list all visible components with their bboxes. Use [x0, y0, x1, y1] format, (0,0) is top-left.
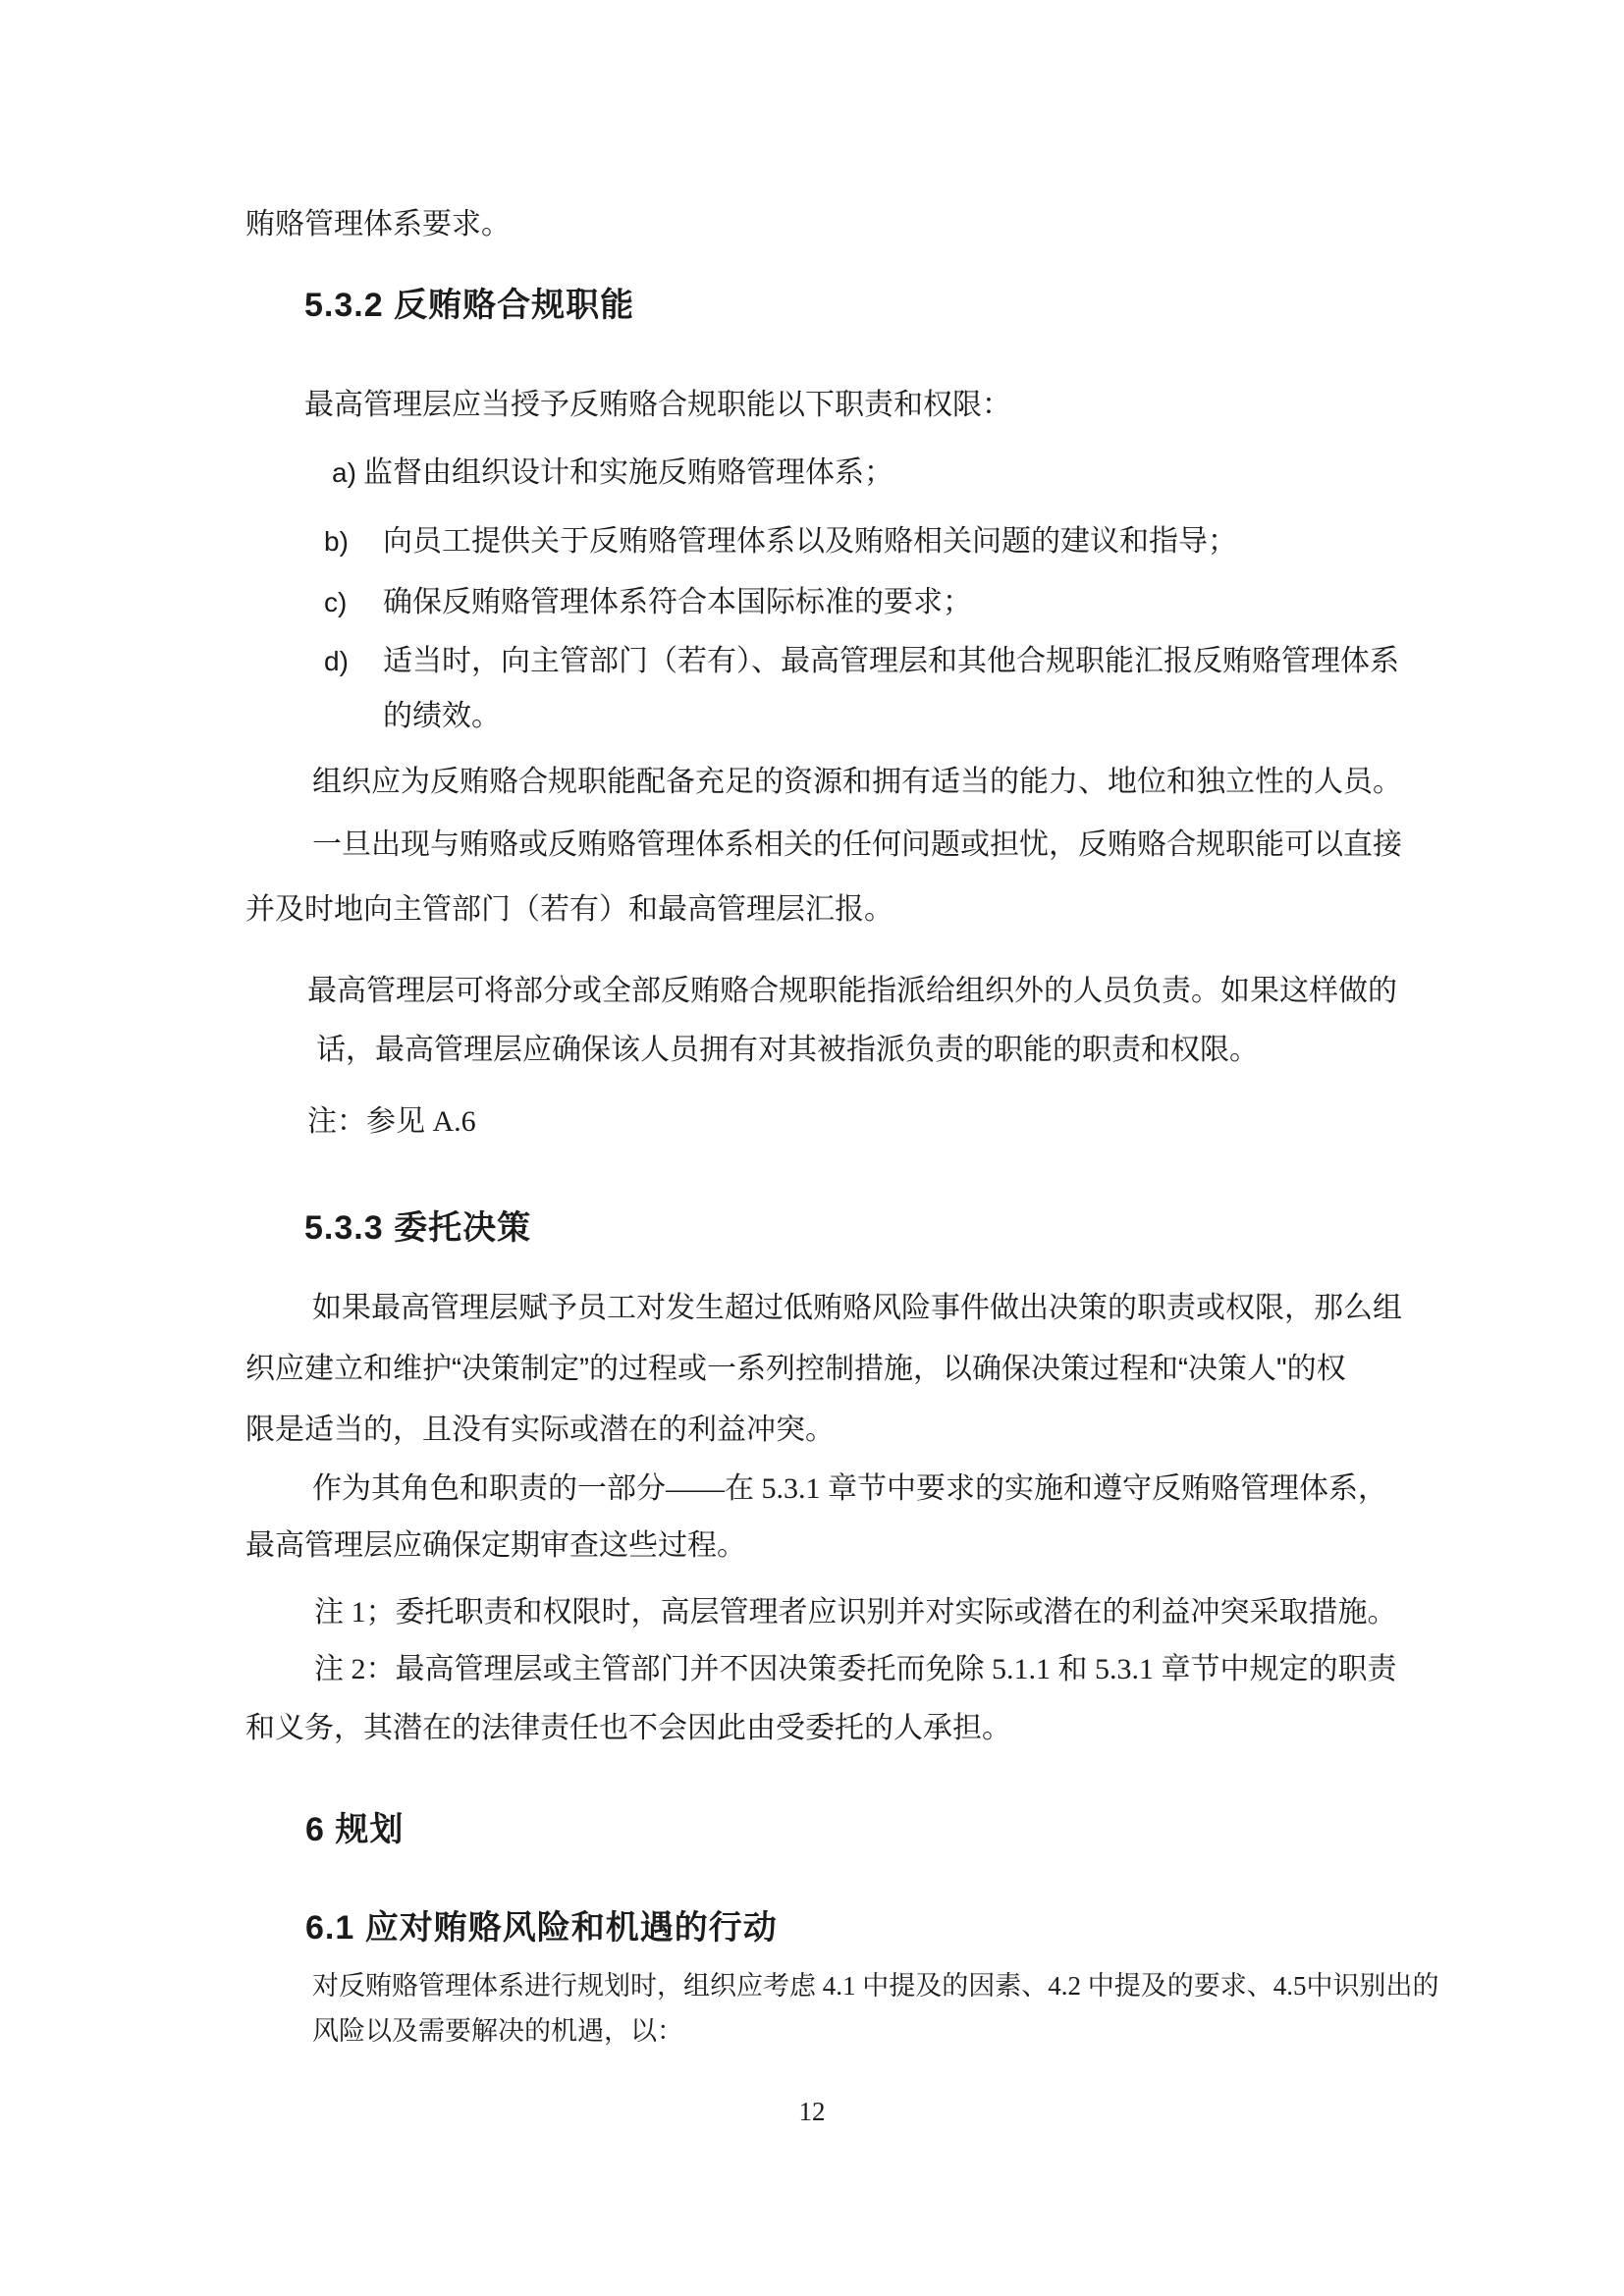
- body-text-line: 对反贿赂管理体系进行规划时，组织应考虑 4.1 中提及的因素、4.2 中提及的要…: [312, 1971, 1439, 2002]
- body-text-line: 织应建立和维护“决策制定”的过程或一系列控制措施，以确保决策过程和“决策人"的权: [245, 1353, 1346, 1387]
- body-text-line: 风险以及需要解决的机遇，以：: [312, 2016, 683, 2047]
- body-text-line: 贿赂管理体系要求。: [245, 208, 511, 242]
- section-heading-6: 6 规划: [305, 1811, 404, 1849]
- body-text-line: 话，最高管理层应确保该人员拥有对其被指派负责的职能的职责和权限。: [316, 1034, 1259, 1068]
- note-2-continuation: 和义务，其潜在的法律责任也不会因此由受委托的人承担。: [245, 1712, 1011, 1746]
- list-item-d: d)适当时，向主管部门（若有）、最高管理层和其他合规职能汇报反贿赂管理体系: [324, 645, 1399, 679]
- body-text-line: 最高管理层可将部分或全部反贿赂合规职能指派给组织外的人员负责。如果这样做的: [307, 975, 1397, 1009]
- list-item-text: 适当时，向主管部门（若有）、最高管理层和其他合规职能汇报反贿赂管理体系: [383, 645, 1399, 677]
- body-text-line: 并及时地向主管部门（若有）和最高管理层汇报。: [245, 893, 893, 928]
- list-item-text: 向员工提供关于反贿赂管理体系以及贿赂相关问题的建议和指导；: [383, 525, 1237, 558]
- document-page: 贿赂管理体系要求。 5.3.2 反贿赂合规职能 最高管理层应当授予反贿赂合规职能…: [0, 0, 1624, 2296]
- note-line: 注：参见 A.6: [307, 1105, 476, 1140]
- list-item-b: b)向员工提供关于反贿赂管理体系以及贿赂相关问题的建议和指导；: [324, 525, 1237, 560]
- list-marker: a): [332, 457, 363, 489]
- body-text-line: 最高管理层应当授予反贿赂合规职能以下职责和权限：: [304, 389, 1011, 423]
- body-text-line: 一旦出现与贿赂或反贿赂管理体系相关的任何问题或担忧，反贿赂合规职能可以直接: [312, 828, 1402, 863]
- section-heading-6-1: 6.1 应对贿赂风险和机遇的行动: [305, 1909, 778, 1948]
- page-number: 12: [0, 2097, 1624, 2127]
- list-item-text: 确保反贿赂管理体系符合本国际标准的要求；: [383, 586, 972, 618]
- body-text-line: 最高管理层应确保定期审查这些过程。: [245, 1529, 746, 1564]
- note-1-line: 注 1；委托职责和权限时，高层管理者应识别并对实际或潜在的利益冲突采取措施。: [314, 1596, 1397, 1630]
- body-text-line: 限是适当的，且没有实际或潜在的利益冲突。: [245, 1414, 835, 1448]
- list-item-a: a)监督由组织设计和实施反贿赂管理体系；: [332, 456, 893, 491]
- body-text-line: 作为其角色和职责的一部分——在 5.3.1 章节中要求的实施和遵守反贿赂管理体系…: [312, 1472, 1387, 1507]
- note-2-line: 注 2：最高管理层或主管部门并不因决策委托而免除 5.1.1 和 5.3.1 章…: [314, 1653, 1397, 1687]
- list-marker: c): [324, 587, 383, 618]
- list-marker: b): [324, 526, 383, 558]
- body-text-line: 组织应为反贿赂合规职能配备充足的资源和拥有适当的能力、地位和独立性的人员。: [312, 766, 1402, 800]
- body-text-line: 如果最高管理层赋予员工对发生超过低贿赂风险事件做出决策的职责或权限，那么组: [312, 1292, 1402, 1326]
- list-item-c: c)确保反贿赂管理体系符合本国际标准的要求；: [324, 586, 972, 620]
- list-item-text: 监督由组织设计和实施反贿赂管理体系；: [363, 456, 893, 489]
- section-heading-5-3-2: 5.3.2 反贿赂合规职能: [304, 287, 634, 325]
- section-heading-5-3-3: 5.3.3 委托决策: [304, 1209, 531, 1248]
- list-item-d-continuation: 的绩效。: [383, 700, 501, 734]
- list-marker: d): [324, 646, 383, 677]
